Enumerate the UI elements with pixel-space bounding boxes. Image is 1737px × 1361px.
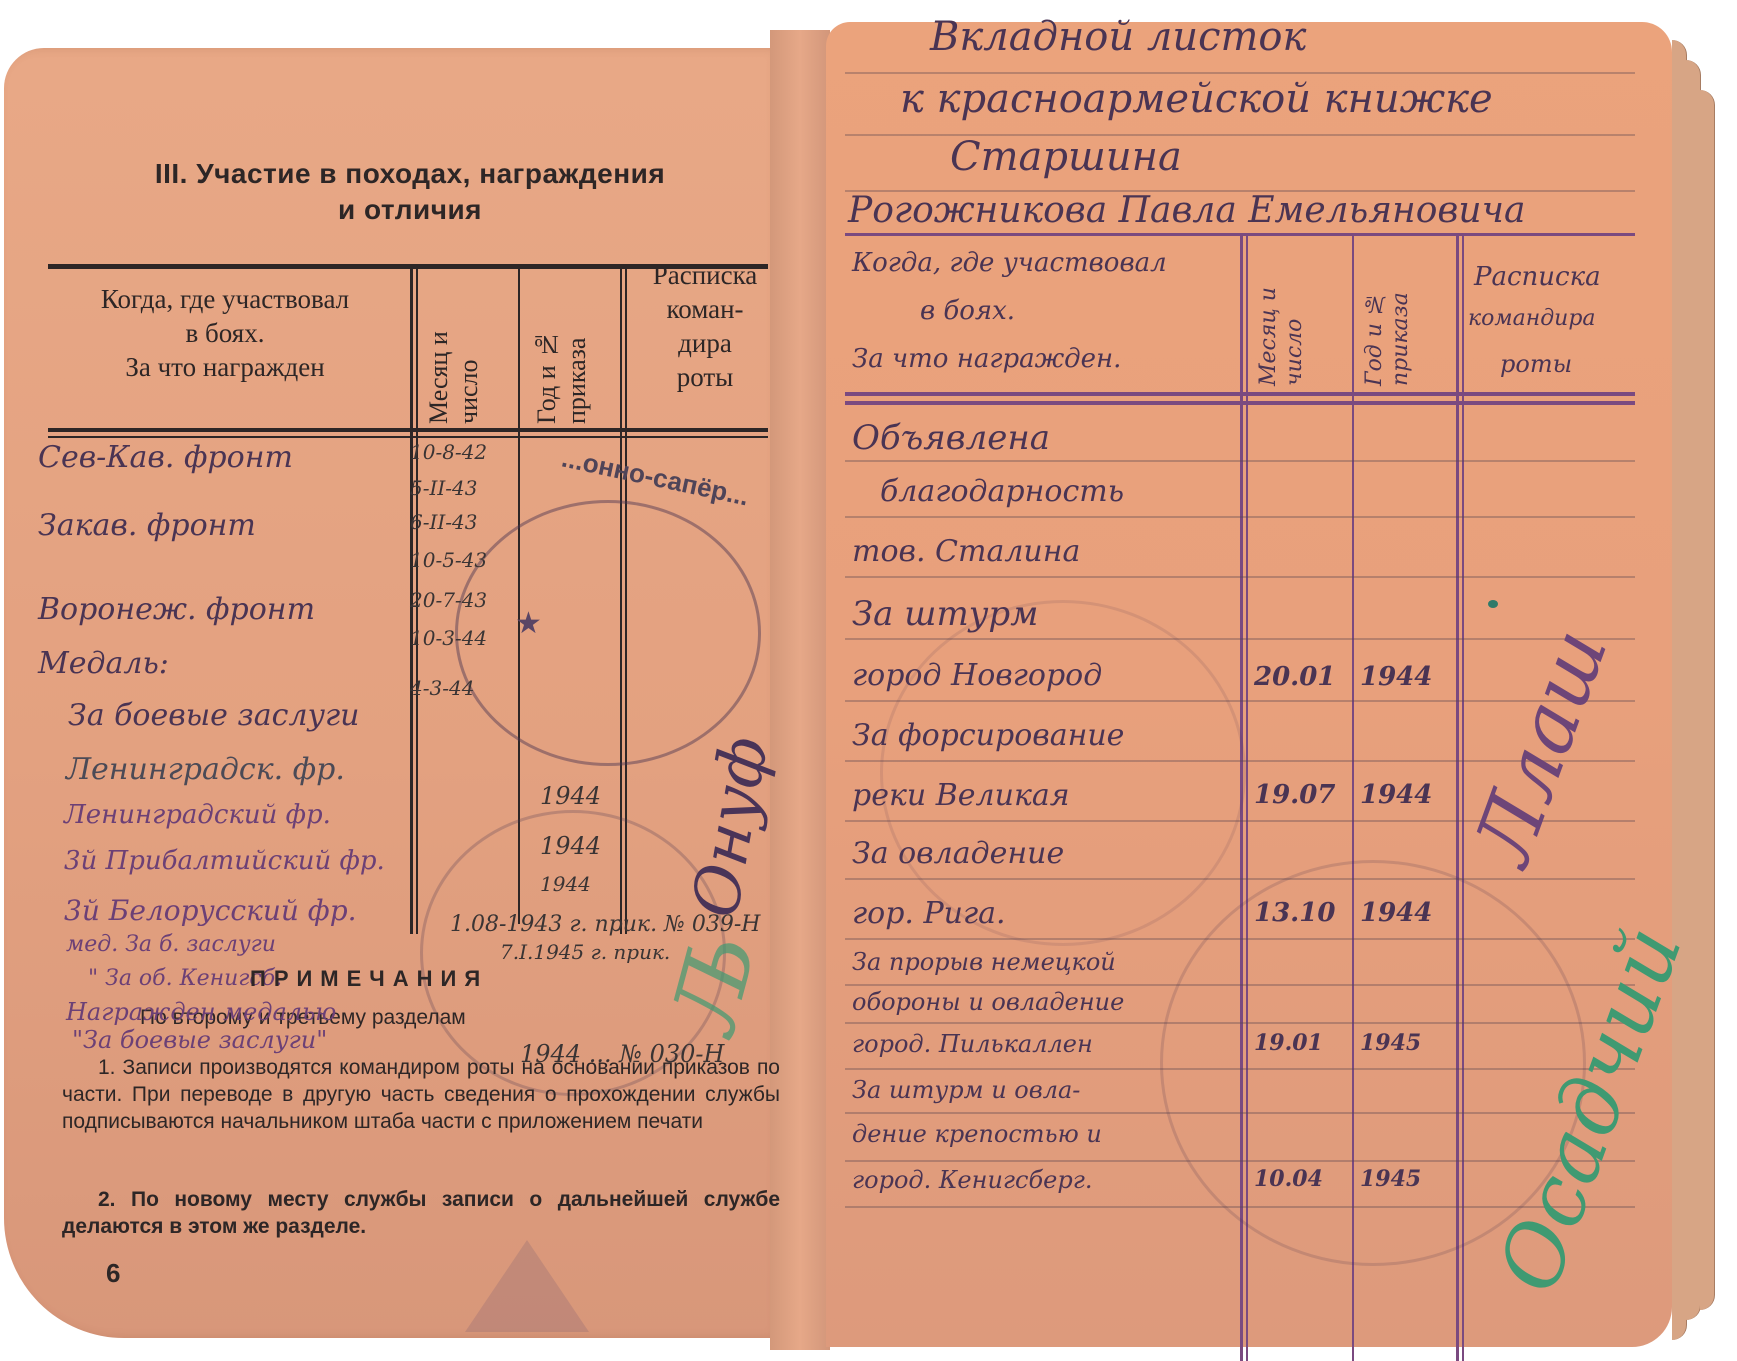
column-header-month-day: Месяц и число: [424, 264, 504, 424]
notes-title: ПРИМЕЧАНИЯ: [250, 966, 488, 992]
insert-title: Вкладной листок: [930, 14, 1306, 60]
entry-date: 20.01: [1254, 662, 1335, 692]
official-stamp-faint: [880, 600, 1246, 946]
entry-text: Медаль:: [38, 646, 169, 681]
ruled-line: [845, 72, 1635, 74]
entry-date: 19.07: [1254, 780, 1335, 810]
ruled-line: [845, 576, 1635, 578]
entry-text: благодарность: [880, 474, 1124, 509]
entry-date: 1944: [540, 832, 601, 860]
entry-date: 4-3-44: [410, 676, 474, 700]
ink-spot: [1488, 600, 1498, 608]
column-header-receipt: Расписка коман- дира роты: [625, 258, 785, 394]
entry-date: 5-II-43: [410, 476, 478, 500]
entry-text: Ленинградск. фр.: [66, 752, 345, 787]
entry-text: Ленинградский фр.: [64, 800, 331, 830]
entry-date: 10-5-43: [410, 548, 487, 572]
entry-text: дение крепостью и: [852, 1120, 1102, 1148]
column-header-receipt: командира: [1468, 306, 1596, 331]
entry-date: 7.I.1945 г. прик.: [500, 940, 670, 964]
entry-date: 1944: [540, 872, 591, 896]
note-1: 1. Записи производятся командиром роты н…: [62, 1054, 780, 1135]
column-header-receipt: роты: [1500, 350, 1572, 378]
section-title: III. Участие в походах, награждения и от…: [60, 156, 760, 228]
header-rule: [845, 401, 1635, 405]
triangle-stamp-icon: [465, 1240, 589, 1332]
header-line: Расписка: [625, 258, 785, 292]
entry-date: 1944: [540, 782, 601, 810]
official-stamp: [455, 500, 761, 766]
table-header-rule-2: [48, 436, 768, 438]
entry-date: 20-7-43: [410, 588, 487, 612]
entry-text: За боевые заслуги: [68, 698, 359, 733]
header-rule: [845, 392, 1635, 396]
entry-text: Воронеж. фронт: [38, 592, 315, 627]
section-title-line-2: и отличия: [60, 192, 760, 228]
entry-text-overlay: "За боевые заслуги": [72, 1026, 327, 1054]
table-header-rule: [48, 428, 768, 432]
header-line: За что награжден: [40, 350, 410, 384]
entry-year: 1944: [1360, 662, 1432, 692]
entry-date: 10-3-44: [410, 626, 487, 650]
entry-text-overlay: Награжден медалью: [66, 998, 336, 1026]
page-edge: [1700, 90, 1715, 1310]
column-header-when-where: За что награжден.: [852, 344, 1121, 374]
page-edge: [1672, 40, 1687, 1340]
column-header-receipt: Расписка: [1474, 262, 1601, 292]
entry-year: 1944: [1360, 780, 1432, 810]
book-spine: [770, 30, 830, 1350]
column-header-year-order: Год и № приказа: [532, 258, 612, 424]
entry-text: город. Кенигсберг.: [852, 1166, 1092, 1194]
entry-text: Объявлена: [852, 418, 1050, 458]
column-header-when-where: Когда, где участвовал в боях. За что наг…: [40, 282, 410, 384]
entry-text: За штурм и овла-: [852, 1076, 1080, 1104]
entry-text: 3й Прибалтийский фр.: [64, 846, 385, 876]
entry-text: Закав. фронт: [38, 508, 256, 543]
page-number: 6: [106, 1258, 120, 1289]
entry-text: За прорыв немецкой: [852, 948, 1116, 976]
header-line: в боях.: [40, 316, 410, 350]
ruled-line: [845, 460, 1635, 462]
column-header-when-where: Когда, где участвовал: [852, 248, 1167, 278]
entry-text: 3й Белорусский фр.: [64, 894, 357, 927]
stamp-star-icon: ★: [515, 606, 542, 641]
entry-text: обороны и овладение: [852, 988, 1124, 1016]
rank: Старшина: [950, 134, 1182, 180]
column-header-year-order: Год и № приказа: [1362, 240, 1442, 386]
section-title-line-1: III. Участие в походах, награждения: [60, 156, 760, 192]
header-line: коман-: [625, 292, 785, 326]
page-edge: [1686, 60, 1701, 1320]
entry-date: 10-8-42: [410, 440, 487, 464]
insert-subtitle: к красноармейской книжке: [900, 76, 1493, 122]
entry-date: 6-II-43: [410, 510, 478, 534]
entry-text: Сев-Кав. фронт: [38, 440, 293, 475]
entry-text: город. Пилькаллен: [852, 1030, 1093, 1058]
header-line: роты: [625, 360, 785, 394]
entry-text: тов. Сталина: [852, 534, 1080, 569]
ruled-line: [845, 516, 1635, 518]
note-2: 2. По новому месту службы записи о дальн…: [62, 1186, 780, 1240]
header-line: дира: [625, 326, 785, 360]
soldier-name: Рогожникова Павла Емельяновича: [848, 190, 1525, 231]
entry-text: мед. За б. заслуги: [66, 932, 276, 957]
column-header-month-day: Месяц и число: [1256, 246, 1336, 386]
header-line: Когда, где участвовал: [40, 282, 410, 316]
column-header-when-where: в боях.: [920, 296, 1015, 326]
